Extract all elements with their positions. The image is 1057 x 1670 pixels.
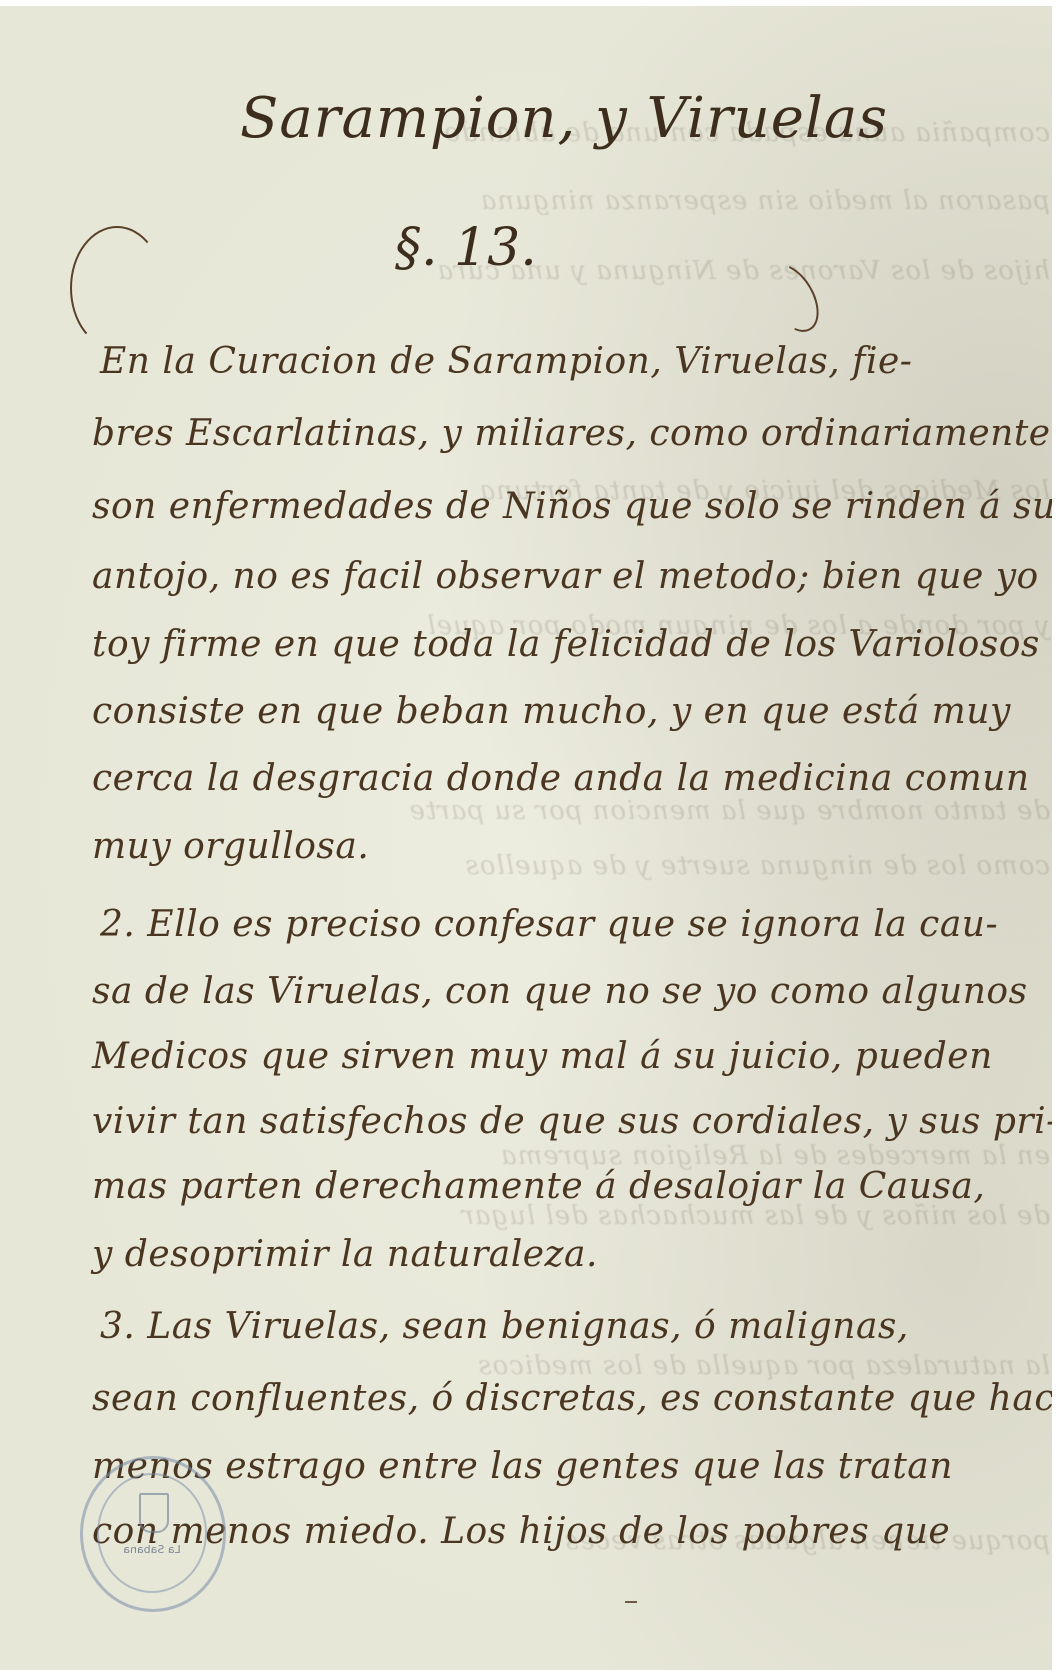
- text-line: mas parten derechamente á desalojar la C…: [92, 1166, 985, 1207]
- page-mark: [625, 1601, 637, 1603]
- text-line: sean confluentes, ó discretas, es consta…: [92, 1378, 1052, 1419]
- shield-icon: [139, 1493, 169, 1533]
- text-line: 3. Las Viruelas, sean benignas, ó malign…: [100, 1306, 909, 1347]
- text-line: muy orgullosa.: [92, 826, 369, 867]
- bleed-through-line: hijos de los Varones de Ninguna y una cu…: [90, 256, 1050, 286]
- section-number: §. 13.: [395, 218, 537, 278]
- page-title: Sarampion, y Viruelas: [240, 86, 888, 151]
- library-stamp: La Sabana: [80, 1456, 226, 1612]
- stamp-label: La Sabana: [119, 1543, 185, 1556]
- text-line: Medicos que sirven muy mal á su juicio, …: [92, 1036, 993, 1077]
- text-line: vivir tan satisfechos de que sus cordial…: [92, 1101, 1052, 1142]
- text-line: antojo, no es facil observar el metodo; …: [92, 556, 1052, 597]
- bleed-through-line: la naturaleza por aquella de los medicos: [90, 1351, 1050, 1381]
- text-line: toy firme en que toda la felicidad de lo…: [92, 624, 1040, 665]
- text-line: son enfermedades de Niños que solo se ri…: [92, 486, 1052, 527]
- text-line: En la Curacion de Sarampion, Viruelas, f…: [100, 341, 912, 382]
- bleed-through-line: de tanto nombre que la mencion por su pa…: [90, 796, 1050, 826]
- manuscript-page: compañia auna espada con una de ablando …: [0, 6, 1052, 1670]
- stamp-inner-ring: La Sabana: [97, 1473, 207, 1593]
- text-line: cerca la desgracia donde anda la medicin…: [92, 758, 1030, 799]
- text-line: sa de las Viruelas, con que no se yo com…: [92, 971, 1028, 1012]
- text-line: 2. Ello es preciso confesar que se ignor…: [100, 904, 998, 945]
- flourish-icon: [70, 226, 164, 350]
- text-line: bres Escarlatinas, y miliares, como ordi…: [92, 413, 1051, 454]
- text-line: y desoprimir la naturaleza.: [92, 1234, 598, 1275]
- text-line: menos estrago entre las gentes que las t…: [92, 1446, 953, 1487]
- bleed-through-line: pasaron al medio sin esperanza ninguna: [90, 186, 1050, 216]
- text-line: consiste en que beban mucho, y en que es…: [92, 691, 1011, 732]
